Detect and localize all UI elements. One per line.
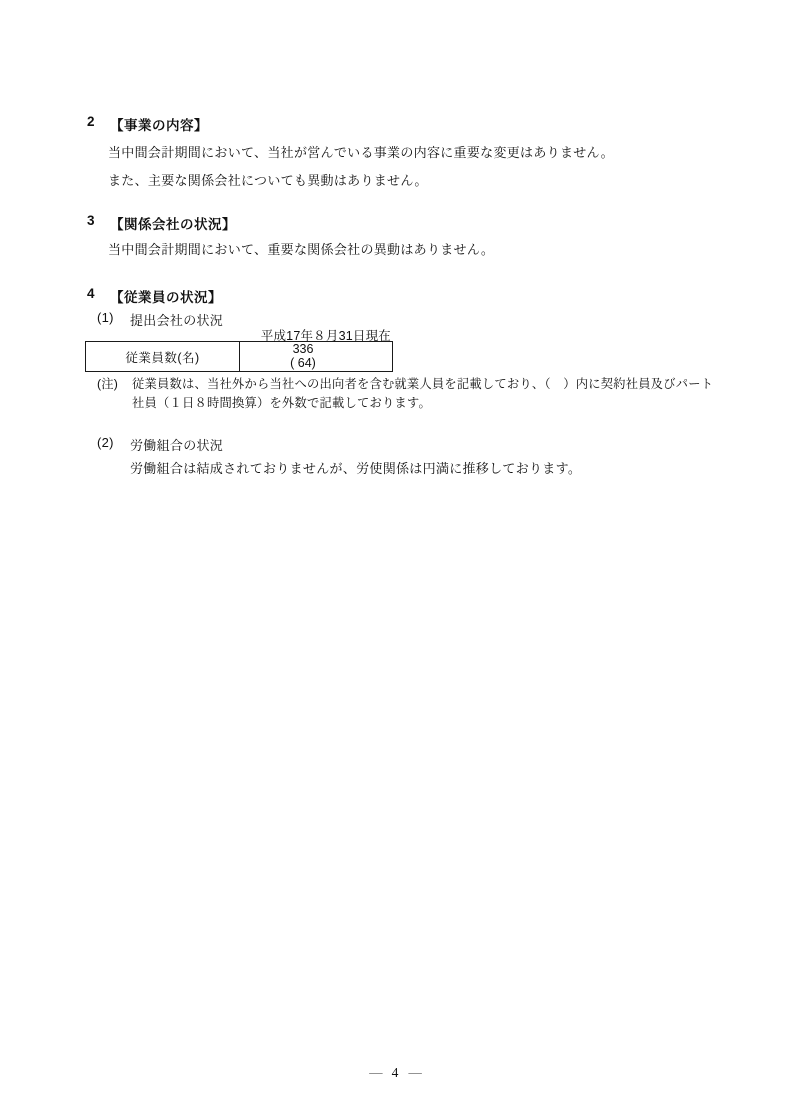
section-number: 3 [87,213,110,233]
document-page: { "sections": { "business": { "number": … [0,0,790,1118]
section-title: 【従業員の状況】 [110,286,222,306]
section-number: 4 [87,286,110,306]
footer-right-dash: ― [408,1065,421,1080]
table-note: (注) 従業員数は、当社外から当社への出向者を含む就業人員を記載しており、（ ）… [97,375,717,412]
section-heading-business: 2 【事業の内容】 [87,114,208,134]
employee-count-table: 従業員数(名) 336 ( 64) [85,341,393,372]
subsection-label: (2) [97,435,130,454]
table-row-header: 従業員数(名) [86,342,240,372]
note-label: (注) [97,375,132,412]
employee-count-value: 336 [240,343,392,357]
subsection-title: 労働組合の状況 [130,435,223,454]
section-title: 【事業の内容】 [110,114,208,134]
labor-union-paragraph: 労働組合は結成されておりませんが、労使関係は円満に推移しております。 [130,458,581,477]
note-text: 従業員数は、当社外から当社への出向者を含む就業人員を記載しており、（ ）内に契約… [132,375,717,412]
table-row: 従業員数(名) 336 ( 64) [86,342,393,372]
employee-count-paren-value: ( 64) [240,357,392,371]
section-title: 【関係会社の状況】 [110,213,236,233]
footer-left-dash: ― [369,1065,382,1080]
section-heading-affiliates: 3 【関係会社の状況】 [87,213,236,233]
section-number: 2 [87,114,110,134]
footer-page-number: 4 [392,1065,399,1080]
section-heading-employees: 4 【従業員の状況】 [87,286,222,306]
table-value-cell: 336 ( 64) [240,342,393,372]
subsection-heading-labor-union: (2) 労働組合の状況 [97,435,223,454]
affiliates-paragraph-1: 当中間会計期間において、重要な関係会社の異動はありません。 [108,239,494,258]
business-paragraph-2: また、主要な関係会社についても異動はありません。 [108,170,428,189]
business-paragraph-1: 当中間会計期間において、当社が営んでいる事業の内容に重要な変更はありません。 [108,142,614,161]
page-footer: ―4― [0,1065,790,1081]
